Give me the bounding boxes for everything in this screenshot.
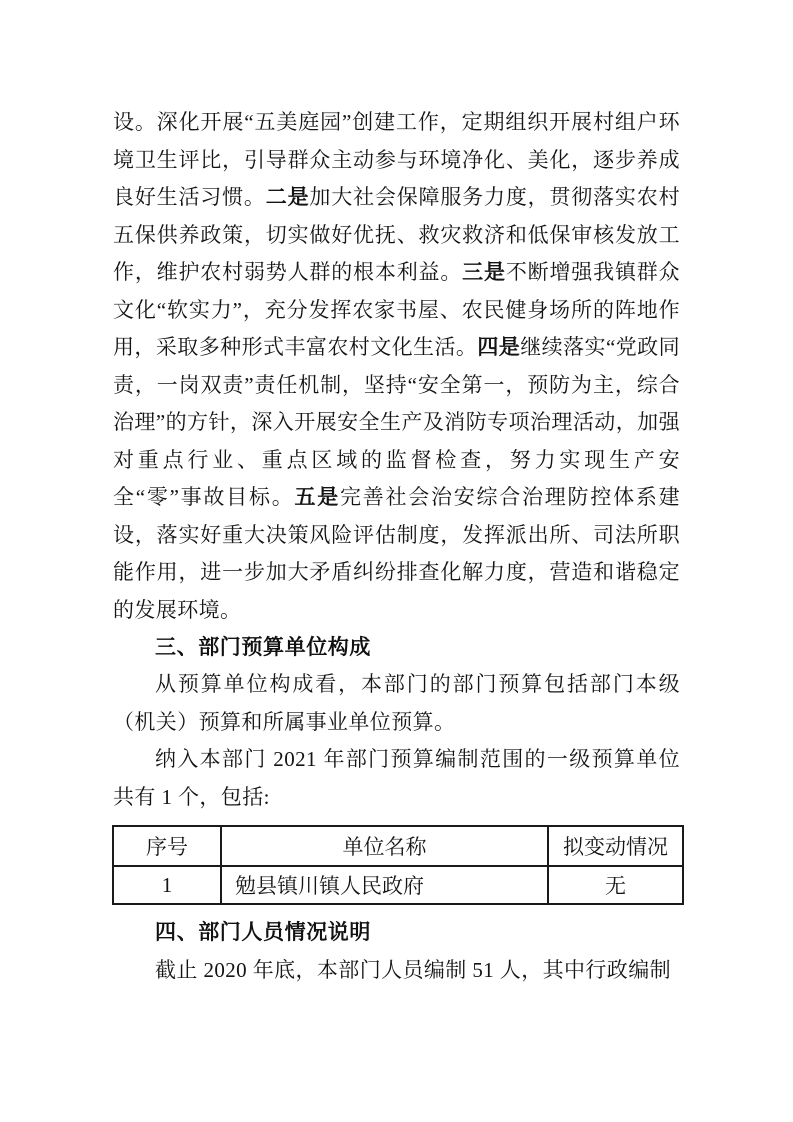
table-header-cell-index: 序号 — [113, 826, 221, 866]
table-header-row: 序号 单位名称 拟变动情况 — [113, 826, 683, 866]
section3-heading: 三、部门预算单位构成 — [113, 629, 722, 667]
text-run-emphasis: 五是 — [294, 485, 340, 509]
table-cell-index: 1 — [113, 866, 221, 904]
table-cell-unit-name: 勉县镇川镇人民政府 — [221, 866, 548, 904]
table-header-cell-unit-name: 单位名称 — [221, 826, 548, 866]
paragraph-work-summary: 设。深化开展“五美庭园”创建工作，定期组织开展村组户环境卫生评比，引导群众主动参… — [113, 104, 680, 629]
document-content: 设。深化开展“五美庭园”创建工作，定期组织开展村组户环境卫生评比，引导群众主动参… — [113, 0, 680, 1122]
text-run-emphasis: 四是 — [477, 335, 520, 359]
section4-heading: 四、部门人员情况说明 — [113, 914, 722, 952]
text-run: 继续落实“党政同责，一岗双责”责任机制，坚持“安全第一，预防为主，综合治理”的方… — [113, 335, 680, 509]
section3-paragraph-composition: 从预算单位构成看，本部门的部门预算包括部门本级（机关）预算和所属事业单位预算。 — [113, 666, 680, 741]
text-run-emphasis: 三是 — [462, 260, 506, 284]
section4-paragraph-staffing: 截止 2020 年底，本部门人员编制 51 人，其中行政编制 — [113, 952, 680, 990]
table-header-cell-change-status: 拟变动情况 — [548, 826, 683, 866]
text-run-emphasis: 二是 — [266, 185, 310, 209]
section3-paragraph-units-count: 纳入本部门 2021 年部门预算编制范围的一级预算单位共有 1 个，包括: — [113, 741, 680, 816]
budget-units-table: 序号 单位名称 拟变动情况 1 勉县镇川镇人民政府 无 — [112, 825, 684, 905]
table-row: 1 勉县镇川镇人民政府 无 — [113, 866, 683, 904]
table-cell-change-status: 无 — [548, 866, 683, 904]
document-page: 设。深化开展“五美庭园”创建工作，定期组织开展村组户环境卫生评比，引导群众主动参… — [0, 0, 793, 1122]
